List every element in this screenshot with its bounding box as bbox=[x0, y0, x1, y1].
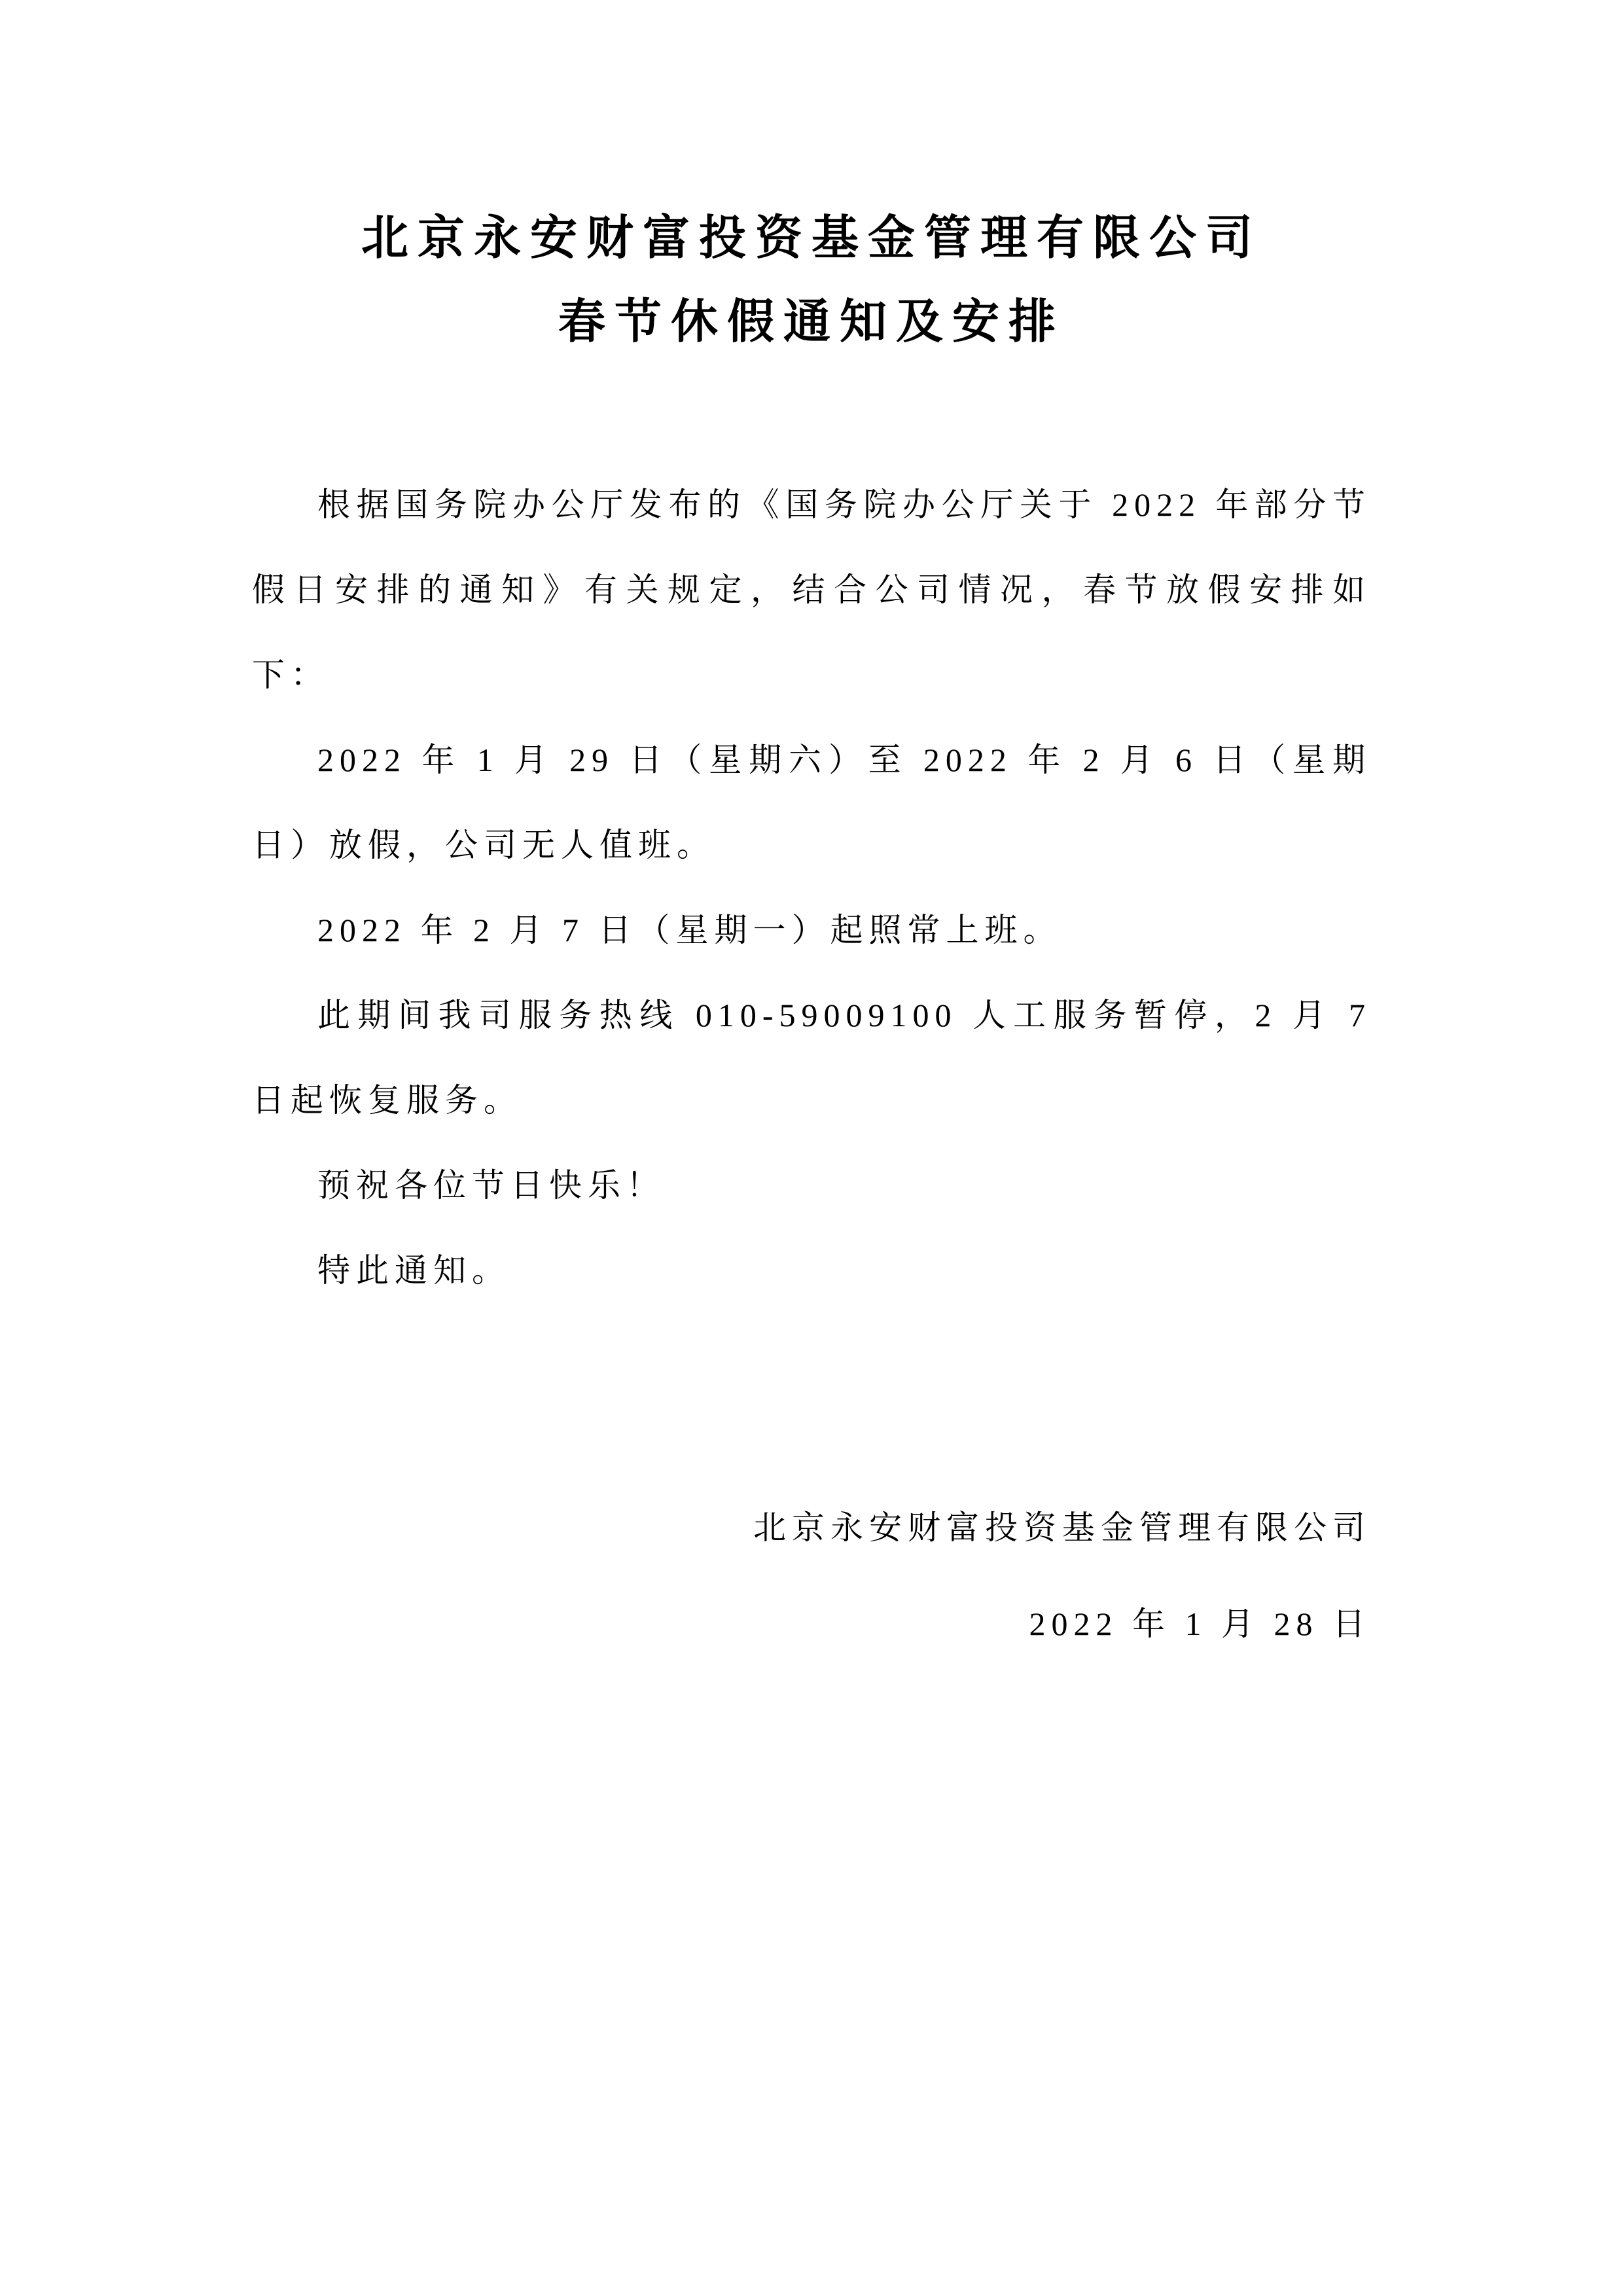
document-body: 根据国务院办公厅发布的《国务院办公厅关于 2022 年部分节假日安排的通知》有关… bbox=[252, 462, 1371, 1313]
signature-company: 北京永安财富投资基金管理有限公司 bbox=[252, 1480, 1371, 1576]
paragraph-hotline-service: 此期间我司服务热线 010-59009100 人工服务暂停，2 月 7 日起恢复… bbox=[252, 973, 1371, 1143]
paragraph-closing: 特此通知。 bbox=[252, 1228, 1371, 1313]
title-subject-line: 春节休假通知及安排 bbox=[252, 280, 1371, 364]
paragraph-holiday-dates: 2022 年 1 月 29 日（星期六）至 2022 年 2 月 6 日（星期日… bbox=[252, 717, 1371, 888]
paragraph-festival-wishes: 预祝各位节日快乐！ bbox=[252, 1143, 1371, 1228]
document-page: 北京永安财富投资基金管理有限公司 春节休假通知及安排 根据国务院办公厅发布的《国… bbox=[0, 0, 1623, 2296]
paragraph-back-to-work: 2022 年 2 月 7 日（星期一）起照常上班。 bbox=[252, 888, 1371, 973]
signature-date: 2022 年 1 月 28 日 bbox=[252, 1576, 1371, 1672]
paragraph-policy-basis: 根据国务院办公厅发布的《国务院办公厅关于 2022 年部分节假日安排的通知》有关… bbox=[252, 462, 1371, 717]
signature-block: 北京永安财富投资基金管理有限公司 2022 年 1 月 28 日 bbox=[252, 1480, 1371, 1672]
document-title: 北京永安财富投资基金管理有限公司 春节休假通知及安排 bbox=[252, 196, 1371, 364]
document-content: 北京永安财富投资基金管理有限公司 春节休假通知及安排 根据国务院办公厅发布的《国… bbox=[0, 0, 1623, 1672]
title-company-line: 北京永安财富投资基金管理有限公司 bbox=[252, 196, 1371, 280]
